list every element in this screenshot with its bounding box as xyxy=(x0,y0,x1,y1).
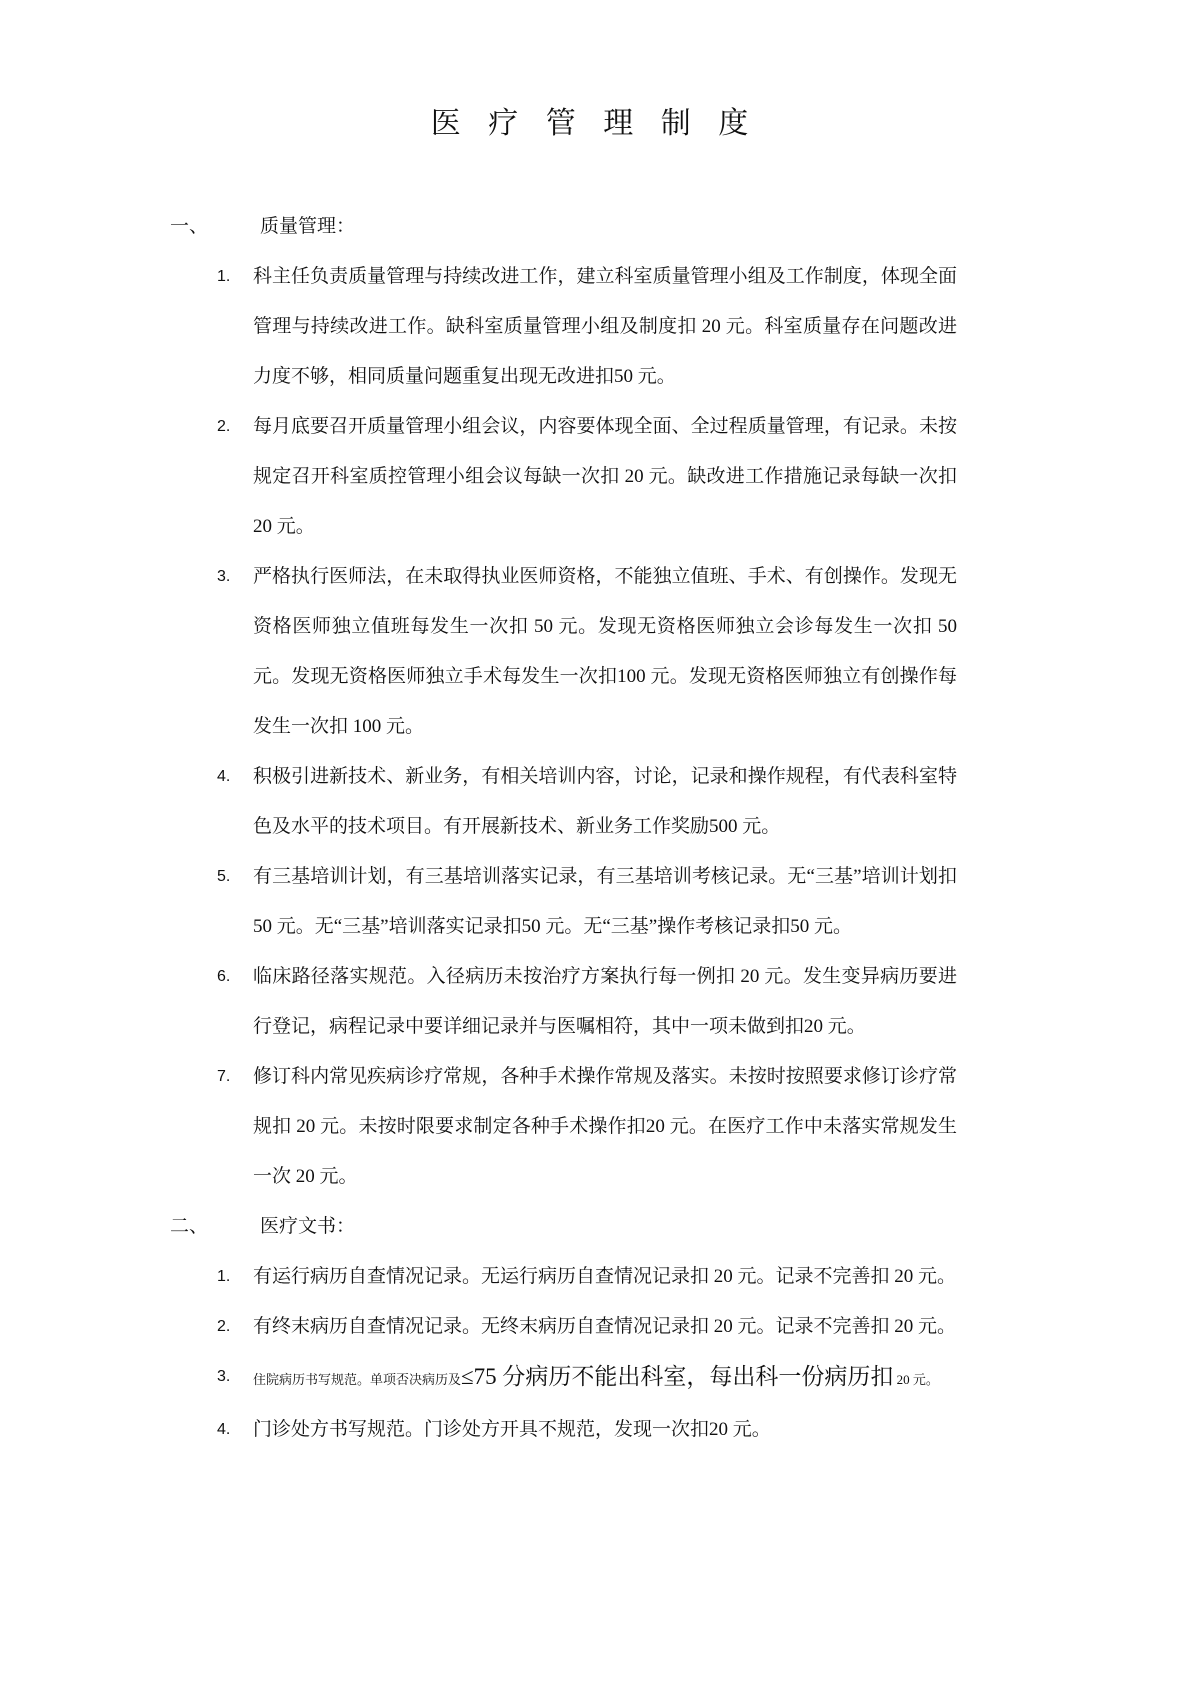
item-number: 1. xyxy=(217,1252,230,1302)
item-text: 修订科内常见疾病诊疗常规，各种手术操作常规及落实。未按时按照要求修订诊疗常规扣 … xyxy=(253,1066,957,1187)
item-text: 每月底要召开质量管理小组会议，内容要体现全面、全过程质量管理，有记录。未按规定召… xyxy=(253,416,957,537)
item-number: 3. xyxy=(217,1352,230,1402)
item-text: 积极引进新技术、新业务，有相关培训内容，讨论，记录和操作规程，有代表科室特色及水… xyxy=(253,766,957,837)
document-body: 一、质量管理： 1.科主任负责质量管理与持续改进工作，建立科室质量管理小组及工作… xyxy=(0,202,1189,1455)
document-title: 医 疗 管 理 制 度 xyxy=(0,0,1189,142)
item-number: 3. xyxy=(217,552,230,602)
item-text: 科主任负责质量管理与持续改进工作，建立科室质量管理小组及工作制度，体现全面管理与… xyxy=(253,266,957,387)
item-number: 7. xyxy=(217,1052,230,1102)
item-text: 临床路径落实规范。入径病历未按治疗方案执行每一例扣 20 元。发生变异病历要进行… xyxy=(253,966,957,1037)
item-number: 2. xyxy=(217,402,230,452)
item-text: 严格执行医师法，在未取得执业医师资格，不能独立值班、手术、有创操作。发现无资格医… xyxy=(253,566,957,737)
section-label: 一、 xyxy=(170,216,208,237)
item-number: 4. xyxy=(217,1405,230,1455)
section-heading: 医疗文书： xyxy=(260,1216,355,1237)
section-header-2: 二、医疗文书： xyxy=(0,1202,1189,1252)
section-1-list: 1.科主任负责质量管理与持续改进工作，建立科室质量管理小组及工作制度，体现全面管… xyxy=(0,252,1189,1202)
item-text: 门诊处方书写规范。门诊处方开具不规范，发现一次扣20 元。 xyxy=(253,1419,771,1440)
section-2-list: 1.有运行病历自查情况记录。无运行病历自查情况记录扣 20 元。记录不完善扣 2… xyxy=(0,1252,1189,1455)
item-text: 有三基培训计划，有三基培训落实记录，有三基培训考核记录。无“三基”培训计划扣 5… xyxy=(253,866,957,937)
section-label: 二、 xyxy=(170,1216,208,1237)
list-item: 1.有运行病历自查情况记录。无运行病历自查情况记录扣 20 元。记录不完善扣 2… xyxy=(253,1252,957,1302)
list-item-mixed-size: 3.住院病历书写规范。单项否决病历及≤75 分病历不能出科室，每出科一份病历扣 … xyxy=(253,1352,957,1405)
item-number: 6. xyxy=(217,952,230,1002)
item-number: 5. xyxy=(217,852,230,902)
list-item: 6.临床路径落实规范。入径病历未按治疗方案执行每一例扣 20 元。发生变异病历要… xyxy=(253,952,957,1052)
list-item: 4.门诊处方书写规范。门诊处方开具不规范，发现一次扣20 元。 xyxy=(253,1405,957,1455)
list-item: 7.修订科内常见疾病诊疗常规，各种手术操作常规及落实。未按时按照要求修订诊疗常规… xyxy=(253,1052,957,1202)
section-heading: 质量管理： xyxy=(260,216,355,237)
item-number: 4. xyxy=(217,752,230,802)
item-text-small: 20 元。 xyxy=(893,1372,939,1387)
item-number: 2. xyxy=(217,1302,230,1352)
list-item: 3.严格执行医师法，在未取得执业医师资格，不能独立值班、手术、有创操作。发现无资… xyxy=(253,552,957,752)
document-page: 医 疗 管 理 制 度 一、质量管理： 1.科主任负责质量管理与持续改进工作，建… xyxy=(0,0,1189,1682)
list-item: 4.积极引进新技术、新业务，有相关培训内容，讨论，记录和操作规程，有代表科室特色… xyxy=(253,752,957,852)
item-text-small: 住院病历书写规范。单项否决病历及 xyxy=(253,1372,461,1387)
item-text: 有运行病历自查情况记录。无运行病历自查情况记录扣 20 元。记录不完善扣 20 … xyxy=(253,1266,956,1287)
item-text: 有终末病历自查情况记录。无终末病历自查情况记录扣 20 元。记录不完善扣 20 … xyxy=(253,1316,956,1337)
item-text-large: ≤75 分病历不能出科室，每出科一份病历扣 xyxy=(461,1364,893,1389)
section-header-1: 一、质量管理： xyxy=(0,202,1189,252)
list-item: 5.有三基培训计划，有三基培训落实记录，有三基培训考核记录。无“三基”培训计划扣… xyxy=(253,852,957,952)
list-item: 1.科主任负责质量管理与持续改进工作，建立科室质量管理小组及工作制度，体现全面管… xyxy=(253,252,957,402)
item-number: 1. xyxy=(217,252,230,302)
list-item: 2.每月底要召开质量管理小组会议，内容要体现全面、全过程质量管理，有记录。未按规… xyxy=(253,402,957,552)
list-item: 2.有终末病历自查情况记录。无终末病历自查情况记录扣 20 元。记录不完善扣 2… xyxy=(253,1302,957,1352)
